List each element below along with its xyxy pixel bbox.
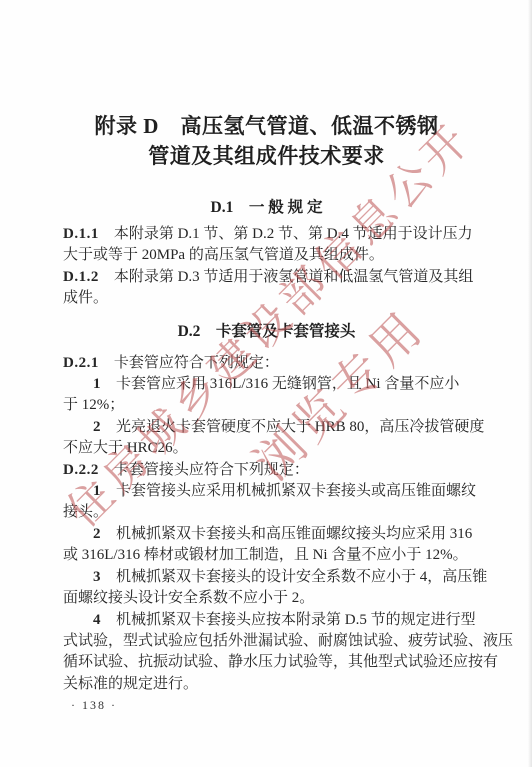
text-line: 关标准的规定进行。 [63, 674, 470, 695]
clause-d-2-2: D.2.2卡套管接头应符合下列规定： [63, 460, 470, 481]
appendix-title-line-2: 管道及其组成件技术要求 [63, 141, 470, 171]
clause-d-2-1-item-2: 2光亮退火卡套管硬度不应大于 HRB 80，高压冷拔管硬度 不应大于 HRC26… [63, 417, 470, 460]
clause-label: D.2.1 [63, 355, 99, 371]
text-line: 或 316L/316 棒材或锻材加工制造，且 Ni 含量不应小于 12%。 [63, 545, 470, 566]
scan-edge-shadow [528, 0, 532, 767]
clause-d-1-1: D.1.1本附录第 D.1 节、第 D.2 节、第 D.4 节适用于设计压力 大… [63, 224, 470, 267]
clause-d-2-2-item-1: 1卡套管接头应采用机械抓紧双卡套接头或高压锥面螺纹 接头。 [63, 481, 470, 524]
clause-d-2-1-item-1: 1卡套管应采用 316L/316 无缝钢管，且 Ni 含量不应小 于 12%； [63, 374, 470, 417]
item-text: 机械抓紧双卡套接头和高压锥面螺纹接头均应采用 316 [116, 526, 472, 542]
item-number: 4 [93, 612, 101, 628]
text-line: 1卡套管应采用 316L/316 无缝钢管，且 Ni 含量不应小 [63, 374, 470, 395]
text-line: 于 12%； [63, 395, 470, 416]
page-number: · 138 · [63, 698, 470, 712]
clause-label: D.1.1 [63, 226, 99, 242]
text-line: D.2.1卡套管应符合下列规定： [63, 353, 470, 374]
item-text: 光亮退火卡套管硬度不应大于 HRB 80，高压冷拔管硬度 [116, 419, 484, 435]
text-line: 4机械抓紧双卡套接头应按本附录第 D.5 节的规定进行型 [63, 610, 470, 631]
clause-d-1-2: D.1.2本附录第 D.3 节适用于液氢管道和低温氢气管道及其组 成件。 [63, 267, 470, 310]
item-number: 1 [93, 483, 101, 499]
appendix-title-line-1: 附录 D 高压氢气管道、低温不锈钢 [63, 111, 470, 141]
item-text: 机械抓紧双卡套接头的设计安全系数不应小于 4，高压锥 [116, 569, 487, 585]
document-page: 附录 D 高压氢气管道、低温不锈钢 管道及其组成件技术要求 D.1 一 般 规 … [0, 0, 532, 767]
clause-text: 本附录第 D.1 节、第 D.2 节、第 D.4 节适用于设计压力 [114, 226, 473, 242]
item-text: 机械抓紧双卡套接头应按本附录第 D.5 节的规定进行型 [116, 612, 476, 628]
text-line: 接头。 [63, 502, 470, 523]
item-text: 卡套管接头应采用机械抓紧双卡套接头或高压锥面螺纹 [116, 483, 476, 499]
section-heading-d1: D.1 一 般 规 定 [63, 197, 470, 218]
text-line: 3机械抓紧双卡套接头的设计安全系数不应小于 4，高压锥 [63, 567, 470, 588]
item-number: 1 [93, 376, 101, 392]
clause-d-2-2-item-3: 3机械抓紧双卡套接头的设计安全系数不应小于 4，高压锥 面螺纹接头设计安全系数不… [63, 567, 470, 610]
text-line: D.2.2卡套管接头应符合下列规定： [63, 460, 470, 481]
text-line: 面螺纹接头设计安全系数不应小于 2。 [63, 588, 470, 609]
text-line: 2光亮退火卡套管硬度不应大于 HRB 80，高压冷拔管硬度 [63, 417, 470, 438]
clause-d-2-2-item-4: 4机械抓紧双卡套接头应按本附录第 D.5 节的规定进行型 式试验，型式试验应包括… [63, 610, 470, 696]
text-line: 2机械抓紧双卡套接头和高压锥面螺纹接头均应采用 316 [63, 524, 470, 545]
text-line: 大于或等于 20MPa 的高压氢气管道及其组成件。 [63, 245, 470, 266]
text-line: D.1.1本附录第 D.1 节、第 D.2 节、第 D.4 节适用于设计压力 [63, 224, 470, 245]
section-heading-d2: D.2 卡套管及卡套管接头 [63, 321, 470, 342]
text-line: 循环试验、抗振动试验、静水压力试验等，其他型式试验还应按有 [63, 652, 470, 673]
appendix-title: 附录 D 高压氢气管道、低温不锈钢 管道及其组成件技术要求 [63, 111, 470, 171]
text-line: 成件。 [63, 288, 470, 309]
item-number: 3 [93, 569, 101, 585]
text-line: 1卡套管接头应采用机械抓紧双卡套接头或高压锥面螺纹 [63, 481, 470, 502]
clause-text: 卡套管应符合下列规定： [114, 355, 279, 371]
clause-label: D.1.2 [63, 269, 99, 285]
text-line: 不应大于 HRC26。 [63, 438, 470, 459]
item-number: 2 [93, 419, 101, 435]
text-line: 式试验，型式试验应包括外泄漏试验、耐腐蚀试验、疲劳试验、液压 [63, 631, 470, 652]
clause-d-2-1: D.2.1卡套管应符合下列规定： [63, 353, 470, 374]
clause-text: 卡套管接头应符合下列规定： [114, 462, 309, 478]
clause-text: 本附录第 D.3 节适用于液氢管道和低温氢气管道及其组 [114, 269, 474, 285]
item-number: 2 [93, 526, 101, 542]
clause-label: D.2.2 [63, 462, 99, 478]
text-line: D.1.2本附录第 D.3 节适用于液氢管道和低温氢气管道及其组 [63, 267, 470, 288]
page-content: 附录 D 高压氢气管道、低温不锈钢 管道及其组成件技术要求 D.1 一 般 规 … [63, 111, 470, 712]
item-text: 卡套管应采用 316L/316 无缝钢管，且 Ni 含量不应小 [116, 376, 459, 392]
clause-d-2-2-item-2: 2机械抓紧双卡套接头和高压锥面螺纹接头均应采用 316 或 316L/316 棒… [63, 524, 470, 567]
